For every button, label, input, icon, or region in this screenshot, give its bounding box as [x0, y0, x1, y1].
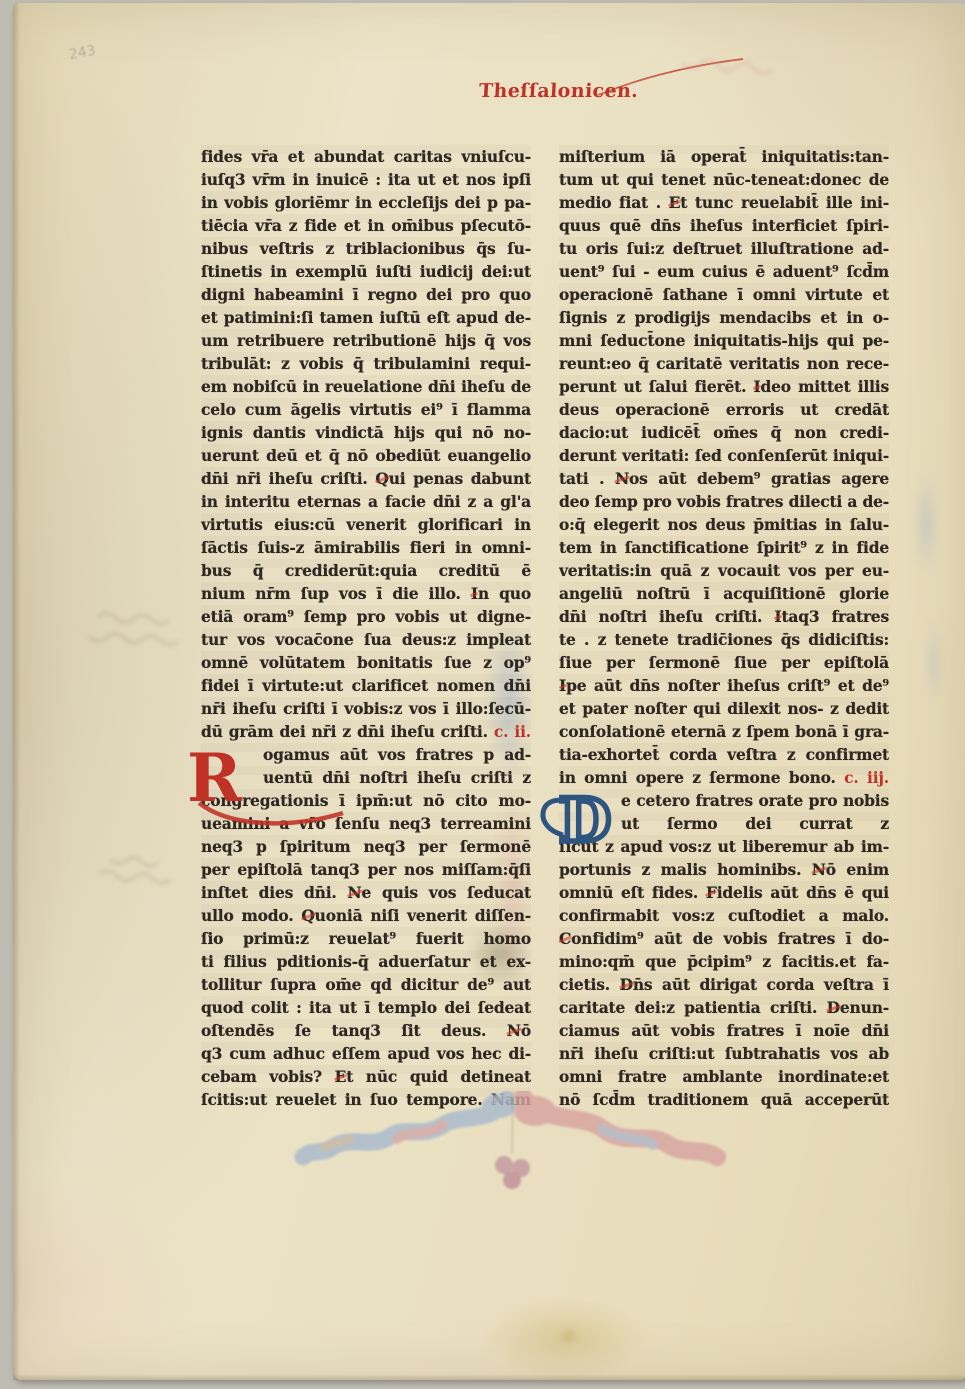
line-segment: I	[774, 605, 781, 628]
line-segment: nr̄i iheſu criſti:ut ſubtrahatis vos ab	[559, 1044, 889, 1063]
line-segment: tum ut qui tenet nūc-teneat:donec de	[559, 170, 889, 189]
text-line: deo ſemp pro vobis fratres dilecti a de-	[559, 490, 889, 513]
text-line: quod colit : ita ut ī templo dei ſedeat	[201, 996, 531, 1019]
text-line: mni ſeduct̄one iniquitatis-hijs qui pe-	[559, 329, 889, 352]
line-segment: omni fratre amblante inordinate:et	[559, 1067, 889, 1086]
text-line: tiēcia vr̄a z fide et in om̄ibus pſecutō…	[201, 214, 531, 237]
text-line: conſolationē eternā z ſpem bonā ī gra-	[559, 720, 889, 743]
text-line: uerunt deū et q̄ nō obediūt euangelio	[201, 444, 531, 467]
text-line: cebam vobis? Et nūc quid detineat	[201, 1065, 531, 1088]
bottom-flourish	[291, 1091, 741, 1209]
text-line: derunt veritati: ſed conſenſerūt iniqui-	[559, 444, 889, 467]
line-segment: ui penas dabunt	[389, 469, 531, 488]
line-segment: t tunc reuelabit̄ ille ini-	[680, 193, 889, 212]
text-line: ti filius pditionis-q̄ aduerſatur et ex-	[201, 950, 531, 973]
text-line: inſtet dies dn̄i. Ne quis vos ſeducat	[201, 881, 531, 904]
text-line: fidei ī virtute:ut clarificet nomen dn̄i	[201, 674, 531, 697]
line-segment: ſiue per ſermonē ſiue per epiſtolā nr̄am…	[559, 653, 889, 674]
text-line: tribulāt: z vobis q̄ tribulamini requi-	[201, 352, 531, 375]
text-line: ſio primū:z reuelat⁹ fuerit homo pecca-	[201, 927, 531, 950]
initial-D-glyph: D	[559, 786, 611, 856]
text-line: ſtinetis in exemplū iuſti iudicij dei:ut	[201, 260, 531, 283]
text-line: per epiſtolā tanq3 per nos miſſam:q̄ſi	[201, 858, 531, 881]
text-line: veritatis:in quā z vocauit vos per eu-	[559, 559, 889, 582]
line-segment: N	[812, 858, 826, 881]
stain-yellow-dot	[561, 1329, 577, 1343]
text-line: tum ut qui tenet nūc-teneat:donec de	[559, 168, 889, 191]
text-line: nr̄i iheſu criſti ī vobis:z vos ī illo:ſ…	[201, 697, 531, 720]
line-segment: digni habeamini ī regno dei pro quo	[201, 285, 531, 304]
line-segment: neq3 p ſpiritum neq3 per ſermonē neq3	[201, 837, 531, 858]
text-line: tati . Nos aūt debem⁹ gratias agere	[559, 467, 889, 490]
line-segment: dn̄i nr̄i iheſu criſti.	[201, 469, 375, 488]
text-line: q3 cum adhuc eſſem apud vos hec di-	[201, 1042, 531, 1065]
text-line: nium nr̄m ſup vos ī die illo. In quo	[201, 582, 531, 605]
text-line: um retribuere retributionē hijs q̄ vos	[201, 329, 531, 352]
text-line: o:q̄ elegerit nos deus p̄mitias in ſalu-	[559, 513, 889, 536]
line-segment: pe aūt dn̄s noſter iheſus criſt⁹ et de⁹	[566, 676, 889, 695]
line-segment: t nūc quid detineat	[346, 1067, 531, 1086]
line-segment: ut ſermo dei currat z clarificetur	[621, 814, 889, 835]
line-segment: miſterium iā operat̄ iniquitatis:tan-	[559, 147, 889, 166]
line-segment: D	[827, 996, 840, 1019]
line-segment: N	[507, 1019, 521, 1042]
text-line: ſāctis ſuis-z āmirabilis fieri in omni-	[201, 536, 531, 559]
line-segment: D	[620, 973, 633, 996]
text-line: angeliū noſtrū ī acquiſitionē glorie	[559, 582, 889, 605]
line-segment: te . z tenete tradic̄iones q̄s didiciſti…	[559, 630, 889, 649]
line-segment: nr̄i iheſu criſti ī vobis:z vos ī illo:ſ…	[201, 699, 531, 718]
line-segment: enun-	[840, 998, 889, 1017]
initial-R: R	[185, 741, 350, 836]
line-segment: nium nr̄m ſup vos ī die illo.	[201, 584, 471, 603]
line-segment: e quis vos ſeducat	[361, 883, 531, 902]
text-line: tur vos vocac̄one ſua deus:z impleat	[201, 628, 531, 651]
text-line: te . z tenete tradic̄iones q̄s didiciſti…	[559, 628, 889, 651]
line-segment: mino:qm̄ que p̄cipim⁹ z facitis.et fa-	[559, 952, 889, 971]
line-segment: N	[615, 467, 629, 490]
text-line: virtutis eius:cū venerit glorificari in	[201, 513, 531, 536]
line-segment: E	[335, 1065, 347, 1088]
initial-D: D	[529, 783, 649, 868]
line-segment: etiā oram⁹ ſemp pro vobis ut digne-	[201, 607, 531, 626]
line-segment: uerunt deū et q̄ nō obediūt euangelio	[201, 446, 531, 465]
line-segment: bus q̄ crediderūt:quia creditū ē teſtimo…	[201, 561, 531, 582]
line-segment: celo cum āgelis virtutis ei⁹ ī flamma	[201, 400, 531, 419]
line-segment: e cetero fratres orate pro nobis	[621, 791, 889, 810]
line-segment: tiēcia vr̄a z fide et in om̄ibus pſecutō…	[201, 216, 531, 235]
line-segment: tem in ſanctificatione ſpirit⁹ z in fide	[559, 538, 889, 557]
line-segment: reunt:eo q̄ caritatē veritatis non rece-	[559, 354, 889, 373]
text-line: ignis dantis vindictā hijs qui nō no-	[201, 421, 531, 444]
line-segment: operacionē ſathane ī omni virtute et	[559, 285, 889, 304]
line-segment: deus operacionē erroris ut credāt men-	[559, 400, 889, 421]
pencil-number: 243	[68, 43, 97, 63]
line-segment: em nobiſcū in reuelatione dn̄i iheſu de	[201, 377, 531, 396]
text-line: omni fratre amblante inordinate:et	[559, 1065, 889, 1088]
line-segment: et patimini:ſi tamen iuſtū eſt apud de-	[201, 308, 531, 327]
text-line: tem in ſanctificatione ſpirit⁹ z in fide	[559, 536, 889, 559]
text-line: tia-exhortet̄ corda veſtra z confirmet	[559, 743, 889, 766]
line-segment: ſignis z prodigijs mendacibs et in o-	[559, 308, 889, 327]
line-segment: n̄s aūt dirigat corda veſtra ī	[633, 975, 889, 994]
text-line: neq3 p ſpiritum neq3 per ſermonē neq3	[201, 835, 531, 858]
text-line: dū grām dei nr̄i z dn̄i iheſu criſti. c.…	[201, 720, 531, 743]
text-line: Confidim⁹ aūt de vobis fratres ī do-	[559, 927, 889, 950]
line-segment: dn̄i noſtri iheſu criſti.	[559, 607, 774, 626]
line-segment: uoniā niſi venerit diſſen-	[315, 906, 531, 925]
text-line: in interitu eternas a facie dn̄i z a gl'…	[201, 490, 531, 513]
line-segment: tati .	[559, 469, 615, 488]
line-segment: C	[559, 927, 571, 950]
line-segment: uent⁹ ſui - eum cuius ē aduent⁹ ſcd̄m	[559, 262, 889, 281]
line-segment: conſolationē eternā z ſpem bonā ī gra-	[559, 722, 889, 741]
line-segment: deo mittet illis	[761, 377, 890, 396]
manuscript-leaf: 243 Theſſalonicen. fides vr̄a et abundat…	[13, 3, 965, 1380]
line-segment: in vobis gloriēmr in eccleſijs dei p pa-	[201, 193, 531, 212]
line-segment: ti filius pditionis-q̄ aduerſatur et ex-	[201, 952, 531, 971]
text-line: et pater noſter qui dilexit nos- z dedit	[559, 697, 889, 720]
line-segment: ullo modo.	[201, 906, 301, 925]
line-segment: caritate dei:z patientia criſti.	[559, 998, 827, 1017]
show-through-inscription-top	[667, 44, 779, 88]
text-line: cietis. Dn̄s aūt dirigat corda veſtra ī	[559, 973, 889, 996]
line-segment: F	[706, 881, 717, 904]
line-segment: n quo	[478, 584, 531, 603]
line-segment: tia-exhortet̄ corda veſtra z confirmet	[559, 745, 889, 764]
text-line: omnē volūtatem bonitatis ſue z op⁹	[201, 651, 531, 674]
line-segment: mni ſeduct̄one iniquitatis-hijs qui pe-	[559, 331, 889, 350]
line-segment: virtutis eius:cū venerit glorificari in	[201, 515, 531, 534]
column-left: fides vr̄a et abundat caritas vniuſcu-iu…	[201, 145, 531, 1111]
line-segment: ciamus aūt vobis fratres ī noīe dn̄i	[559, 1021, 889, 1040]
line-segment: ſtinetis in exemplū iuſti iudicij dei:ut	[201, 262, 531, 281]
text-line: digni habeamini ī regno dei pro quo	[201, 283, 531, 306]
text-line: ſiue per ſermonē ſiue per epiſtolā nr̄am…	[559, 651, 889, 674]
line-segment: perunt ut ſalui fierēt.	[559, 377, 753, 396]
text-line: caritate dei:z patientia criſti. Denun-	[559, 996, 889, 1019]
line-segment: angeliū noſtrū ī acquiſitionē glorie	[559, 584, 889, 603]
text-line: quus quē dn̄s iheſus interficiet ſpiri-	[559, 214, 889, 237]
text-line: etiā oram⁹ ſemp pro vobis ut digne-	[201, 605, 531, 628]
column-right: miſterium iā operat̄ iniquitatis:tan-tum…	[559, 145, 889, 1111]
line-segment: tribulāt: z vobis q̄ tribulamini requi-	[201, 354, 531, 373]
line-segment: veritatis:in quā z vocauit vos per eu-	[559, 561, 889, 580]
text-line: bus q̄ crediderūt:quia creditū ē teſtimo…	[201, 559, 531, 582]
line-segment: omnē volūtatem bonitatis ſue z op⁹	[201, 653, 531, 672]
text-line: ſignis z prodigijs mendacibs et in o-	[559, 306, 889, 329]
text-line: miſterium iā operat̄ iniquitatis:tan-	[559, 145, 889, 168]
line-segment: quus quē dn̄s iheſus interficiet ſpiri-	[559, 216, 889, 235]
running-header: Theſſalonicen.	[478, 80, 639, 102]
line-segment: E	[669, 191, 681, 214]
line-segment: idelis aūt dn̄s ē qui	[717, 883, 889, 902]
text-line: fides vr̄a et abundat caritas vniuſcu-	[201, 145, 531, 168]
text-line: dacio:ut iudicēt̄ om̄es q̄ non credi-	[559, 421, 889, 444]
text-line: nr̄i iheſu criſti:ut ſubtrahatis vos ab	[559, 1042, 889, 1065]
text-line: ullo modo. Quoniā niſi venerit diſſen-	[201, 904, 531, 927]
text-line: operacionē ſathane ī omni virtute et	[559, 283, 889, 306]
line-segment: et pater noſter qui dilexit nos- z dedit	[559, 699, 889, 718]
line-segment: per epiſtolā tanq3 per nos miſſam:q̄ſi	[201, 860, 531, 879]
text-line: dn̄i noſtri iheſu criſti. Itaq3 fratres …	[559, 605, 889, 628]
line-segment: fides vr̄a et abundat caritas vniuſcu-	[201, 147, 531, 166]
line-segment: I	[753, 375, 760, 398]
line-segment: oſtendēs ſe tanq3 ſit deus.	[201, 1021, 507, 1040]
line-segment: dū grām dei nr̄i z dn̄i iheſu criſti.	[201, 722, 488, 741]
margin-showthrough-blue-1	[913, 471, 939, 576]
line-segment: Q	[301, 904, 314, 927]
chapter-mark: c. iij.	[836, 768, 889, 787]
text-line: em nobiſcū in reuelatione dn̄i iheſu de	[201, 375, 531, 398]
show-through-writing-1	[54, 598, 187, 660]
line-segment: q3 cum adhuc eſſem apud vos hec di-	[201, 1044, 531, 1063]
text-line: celo cum āgelis virtutis ei⁹ ī flamma	[201, 398, 531, 421]
margin-showthrough-blue-2	[925, 618, 943, 708]
line-segment: ō enim	[826, 860, 889, 879]
line-segment: in interitu eternas a facie dn̄i z a gl'…	[201, 492, 531, 511]
line-segment: tu oris ſui:z deſtruet illuſtratione ad-	[559, 239, 889, 258]
line-segment: o:q̄ elegerit nos deus p̄mitias in ſalu-	[559, 515, 889, 534]
text-line: perunt ut ſalui fierēt. Ideo mittet illi…	[559, 375, 889, 398]
text-line: dn̄i nr̄i iheſu criſti. Qui penas dabunt	[201, 467, 531, 490]
text-line: confirmabit vos:z cuſtodiet a malo.	[559, 904, 889, 927]
line-segment: medio fiat .	[559, 193, 669, 212]
text-line: reunt:eo q̄ caritatē veritatis non rece-	[559, 352, 889, 375]
text-line: Ipe aūt dn̄s noſter iheſus criſt⁹ et de⁹	[559, 674, 889, 697]
text-line: uent⁹ ſui - eum cuius ē aduent⁹ ſcd̄m	[559, 260, 889, 283]
line-segment: I	[471, 582, 478, 605]
show-through-writing-2	[56, 847, 179, 900]
chapter-mark: c. ii.	[488, 722, 531, 741]
text-line: ciamus aūt vobis fratres ī noīe dn̄i	[559, 1019, 889, 1042]
line-segment: confirmabit vos:z cuſtodiet a malo.	[559, 906, 889, 925]
line-segment: ſāctis ſuis-z āmirabilis fieri in omni-	[201, 538, 531, 557]
line-segment: ignis dantis vindictā hijs qui nō no-	[201, 423, 531, 442]
line-segment: cietis.	[559, 975, 620, 994]
line-segment: tollitur ſupra om̄e qd dicitur de⁹ aut	[201, 975, 531, 994]
line-segment: Q	[375, 467, 388, 490]
text-line: deus operacionē erroris ut credāt men-	[559, 398, 889, 421]
scan-background: 243 Theſſalonicen. fides vr̄a et abundat…	[0, 0, 965, 1389]
line-segment: fidei ī virtute:ut clarificet nomen dn̄i	[201, 676, 531, 695]
line-segment: dacio:ut iudicēt̄ om̄es q̄ non credi-	[559, 423, 889, 442]
line-segment: iuſq3 vr̄m in inuicē : ita ut et nos ipſ…	[201, 170, 531, 189]
line-segment: inſtet dies dn̄i.	[201, 883, 348, 902]
line-segment: derunt veritati: ſed conſenſerūt iniqui-	[559, 446, 889, 465]
initial-R-glyph: R	[187, 741, 243, 817]
line-segment: omniū eſt fides.	[559, 883, 706, 902]
line-segment: tur vos vocac̄one ſua deus:z impleat	[201, 630, 531, 649]
text-line: medio fiat . Et tunc reuelabit̄ ille ini…	[559, 191, 889, 214]
line-segment: onfidim⁹ aūt de vobis fratres ī do-	[571, 929, 889, 948]
text-line: tu oris ſui:z deſtruet illuſtratione ad-	[559, 237, 889, 260]
text-line: omniū eſt fides. Fidelis aūt dn̄s ē qui	[559, 881, 889, 904]
line-segment: ſio primū:z reuelat⁹ fuerit homo pecca-	[201, 929, 531, 950]
line-segment: um retribuere retributionē hijs q̄ vos	[201, 331, 531, 350]
line-segment: nibus veſtris z triblacionibus q̄s ſu-	[201, 239, 531, 258]
line-segment: quod colit : ita ut ī templo dei ſedeat	[201, 998, 531, 1017]
text-line: oſtendēs ſe tanq3 ſit deus. Nō retinetis	[201, 1019, 531, 1042]
line-segment: deo ſemp pro vobis fratres dilecti a de-	[559, 492, 889, 511]
text-line: nibus veſtris z triblacionibus q̄s ſu-	[201, 237, 531, 260]
line-segment: N	[348, 881, 362, 904]
text-line: tollitur ſupra om̄e qd dicitur de⁹ aut	[201, 973, 531, 996]
line-segment: I	[559, 674, 566, 697]
text-line: mino:qm̄ que p̄cipim⁹ z facitis.et fa-	[559, 950, 889, 973]
line-segment: os aūt debem⁹ gratias agere	[629, 469, 889, 488]
text-line: in vobis gloriēmr in eccleſijs dei p pa-	[201, 191, 531, 214]
line-segment: cebam vobis?	[201, 1067, 335, 1086]
text-line: et patimini:ſi tamen iuſtū eſt apud de-	[201, 306, 531, 329]
text-line: iuſq3 vr̄m in inuicē : ita ut et nos ipſ…	[201, 168, 531, 191]
